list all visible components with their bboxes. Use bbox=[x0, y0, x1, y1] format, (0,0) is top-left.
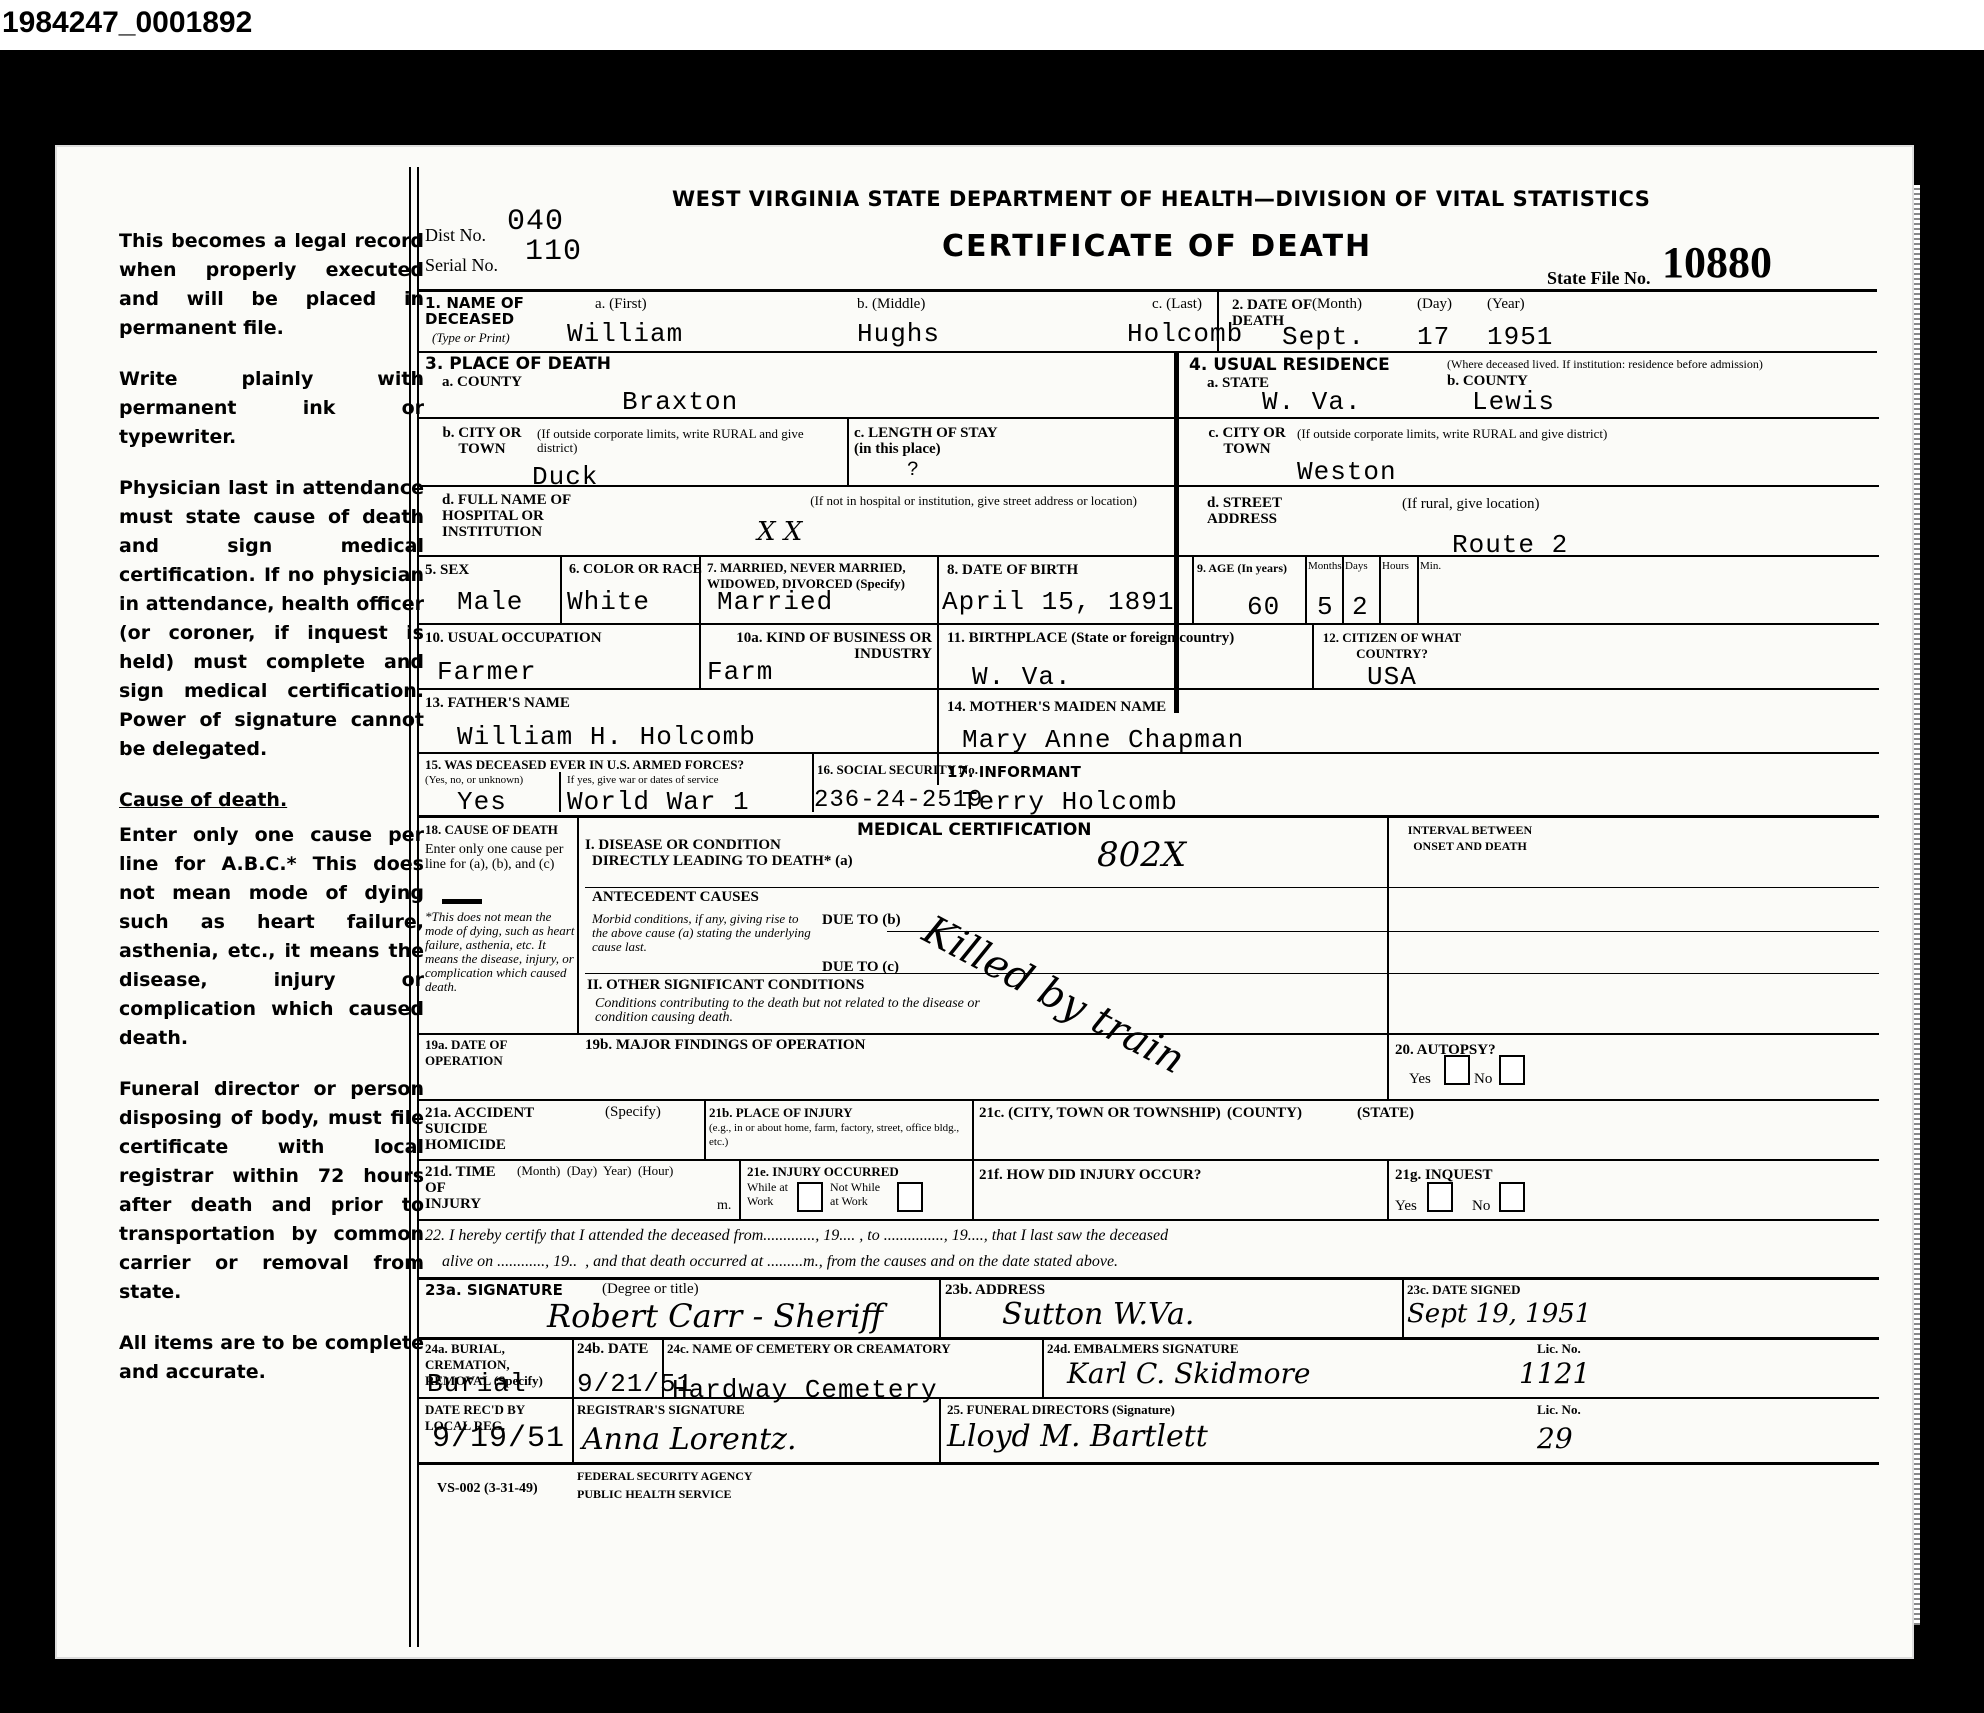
armed-forces-label: 15. WAS DECEASED EVER IN U.S. ARMED FORC… bbox=[425, 757, 744, 773]
serial-value: 110 bbox=[525, 235, 582, 269]
cause-of-death-heading: Cause of death. bbox=[119, 786, 424, 815]
race-value: White bbox=[567, 587, 650, 617]
dist-value: 040 bbox=[507, 205, 564, 239]
instruction-write-plainly: Write plainly with permanent ink or type… bbox=[119, 365, 424, 452]
interval-label: INTERVAL BETWEEN ONSET AND DEATH bbox=[1395, 822, 1545, 854]
cause-of-death-label: 18. CAUSE OF DEATH bbox=[425, 822, 558, 838]
state-file-label: State File No. bbox=[1547, 270, 1650, 286]
time-of-injury-m: m. bbox=[717, 1199, 731, 1213]
funeral-director-label: 25. FUNERAL DIRECTORS (Signature) bbox=[947, 1402, 1175, 1418]
death-day-label: (Day) bbox=[1417, 297, 1452, 311]
inquest-yes-checkbox[interactable] bbox=[1427, 1182, 1453, 1212]
sex-label: 5. SEX bbox=[425, 562, 469, 578]
death-city-label: b. CITY OR TOWN bbox=[442, 425, 522, 457]
death-city-note: (If outside corporate limits, write RURA… bbox=[537, 427, 817, 455]
place-of-death-label: 3. PLACE OF DEATH bbox=[425, 356, 611, 372]
residence-county-value: Lewis bbox=[1472, 387, 1555, 417]
instruction-cause: Enter only one cause per line for A.B.C.… bbox=[119, 821, 424, 1053]
length-of-stay-value: ? bbox=[907, 459, 920, 482]
cause-note-2: *This does not mean the mode of dying, s… bbox=[425, 910, 575, 994]
funeral-lic-value: 29 bbox=[1537, 1422, 1573, 1455]
hospital-value: X X bbox=[757, 517, 802, 547]
age-label: 9. AGE (In years) bbox=[1197, 560, 1287, 576]
hospital-label: d. FULL NAME OF HOSPITAL OR INSTITUTION bbox=[442, 492, 622, 540]
date-received-value: 9/19/51 bbox=[432, 1422, 565, 1456]
marital-value: Married bbox=[717, 587, 833, 617]
how-injury-label: 21f. HOW DID INJURY OCCUR? bbox=[979, 1167, 1201, 1183]
date-of-operation-label: 19a. DATE OF OPERATION bbox=[425, 1037, 565, 1069]
death-month-label: (Month) bbox=[1312, 297, 1362, 311]
informant-label: 17. INFORMANT bbox=[947, 764, 1081, 780]
instructions-sidebar: This becomes a legal record when properl… bbox=[119, 227, 424, 1409]
name-sub: (Type or Print) bbox=[432, 331, 510, 345]
father-name-label: 13. FATHER'S NAME bbox=[425, 695, 570, 711]
inquest-label: 21g. INQUEST bbox=[1395, 1167, 1493, 1183]
mother-name-value: Mary Anne Chapman bbox=[962, 725, 1244, 755]
length-of-stay-label: c. LENGTH OF STAY (in this place) bbox=[854, 425, 1014, 457]
last-name-label: c. (Last) bbox=[1152, 297, 1202, 311]
place-of-injury-note: (e.g., in or about home, farm, factory, … bbox=[709, 1121, 969, 1149]
date-of-birth-value: April 15, 1891 bbox=[942, 587, 1174, 617]
days-label: Days bbox=[1345, 559, 1368, 573]
other-conditions-label: II. OTHER SIGNIFICANT CONDITIONS bbox=[587, 977, 864, 993]
embalmer-lic-label: Lic. No. bbox=[1537, 1341, 1581, 1357]
while-at-work-label: While at Work bbox=[747, 1180, 797, 1208]
burial-date-label: 24b. DATE bbox=[577, 1341, 648, 1357]
death-year-label: (Year) bbox=[1487, 297, 1525, 311]
occupation-label: 10. USUAL OCCUPATION bbox=[425, 630, 602, 646]
instruction-physician: Physician last in attendance must state … bbox=[119, 474, 424, 764]
accident-specify: (Specify) bbox=[605, 1105, 661, 1119]
inquest-no-checkbox[interactable] bbox=[1499, 1182, 1525, 1212]
embalmer-label: 24d. EMBALMERS SIGNATURE bbox=[1047, 1341, 1239, 1357]
footer-agency-1: FEDERAL SECURITY AGENCY bbox=[577, 1469, 753, 1483]
due-to-b-label: DUE TO (b) bbox=[822, 912, 901, 928]
injury-county-label: (COUNTY) bbox=[1227, 1105, 1302, 1121]
street-address-note: (If rural, give location) bbox=[1402, 497, 1539, 511]
instruction-legal-record: This becomes a legal record when properl… bbox=[119, 227, 424, 343]
signature-label: 23a. SIGNATURE bbox=[425, 1282, 563, 1298]
death-month-value: Sept. bbox=[1282, 322, 1365, 352]
burial-value: Burial bbox=[427, 1369, 527, 1399]
certify-line-2: alive on ............, 19.. , and that d… bbox=[442, 1255, 1118, 1269]
degree-label: (Degree or title) bbox=[602, 1282, 699, 1296]
armed-forces-value: Yes bbox=[457, 787, 507, 817]
cause-note-1: Enter only one cause per line for (a), (… bbox=[425, 842, 575, 872]
death-year-value: 1951 bbox=[1487, 322, 1553, 352]
residence-city-label: c. CITY OR TOWN bbox=[1207, 425, 1287, 457]
signer-address-label: 23b. ADDRESS bbox=[945, 1282, 1045, 1298]
usual-residence-label: 4. USUAL RESIDENCE bbox=[1189, 357, 1390, 373]
time-of-injury-cols: (Month) (Day) Year) (Hour) bbox=[517, 1164, 673, 1178]
footer-agency-2: PUBLIC HEALTH SERVICE bbox=[577, 1487, 732, 1501]
antecedent-label: ANTECEDENT CAUSES bbox=[592, 889, 759, 905]
image-id-label: 1984247_0001892 bbox=[2, 6, 252, 40]
instruction-funeral-director: Funeral director or person disposing of … bbox=[119, 1075, 424, 1307]
first-name-label: a. (First) bbox=[595, 297, 647, 311]
inquest-no-label: No bbox=[1472, 1199, 1490, 1213]
mother-name-label: 14. MOTHER'S MAIDEN NAME bbox=[947, 699, 1166, 715]
father-name-value: William H. Holcomb bbox=[457, 722, 756, 752]
middle-name-label: b. (Middle) bbox=[857, 297, 925, 311]
instruction-complete: All items are to be complete and accurat… bbox=[119, 1329, 424, 1387]
death-day-value: 17 bbox=[1417, 322, 1450, 352]
cause-code-value: 802X bbox=[1097, 835, 1186, 875]
not-while-at-work-checkbox[interactable] bbox=[897, 1182, 923, 1212]
disease-label: I. DISEASE OR CONDITION bbox=[585, 837, 781, 853]
first-name-value: William bbox=[567, 319, 683, 349]
death-county-value: Braxton bbox=[622, 387, 738, 417]
social-security-value: 236-24-2519 bbox=[814, 787, 983, 814]
hospital-note: (If not in hospital or institution, give… bbox=[657, 494, 1137, 508]
last-name-value: Holcomb bbox=[1127, 319, 1243, 349]
age-value: 60 bbox=[1247, 592, 1280, 622]
armed-forces-sub1: (Yes, no, or unknown) bbox=[425, 773, 523, 787]
street-address-label: d. STREET ADDRESS bbox=[1207, 495, 1327, 527]
minutes-label: Min. bbox=[1420, 559, 1441, 573]
race-label: 6. COLOR OR RACE bbox=[569, 562, 702, 578]
autopsy-no-label: No bbox=[1474, 1072, 1492, 1086]
certificate-form: Dist No. 040 Serial No. 110 WEST VIRGINI… bbox=[417, 147, 1897, 1657]
name-label: 1. NAME OF DECEASED bbox=[425, 295, 565, 327]
signature-value: Robert Carr - Sheriff bbox=[547, 1297, 883, 1335]
certificate-title: CERTIFICATE OF DEATH bbox=[942, 229, 1372, 264]
occupation-value: Farmer bbox=[437, 657, 537, 687]
business-value: Farm bbox=[707, 657, 773, 687]
registrar-signature-label: REGISTRAR'S SIGNATURE bbox=[577, 1402, 745, 1418]
date-of-birth-label: 8. DATE OF BIRTH bbox=[947, 562, 1078, 578]
cemetery-label: 24c. NAME OF CEMETERY OR CREAMATORY bbox=[667, 1341, 951, 1357]
injury-state-label: (STATE) bbox=[1357, 1105, 1414, 1121]
other-conditions-note: Conditions contributing to the death but… bbox=[595, 997, 1015, 1025]
not-while-at-work-label: Not While at Work bbox=[830, 1180, 890, 1208]
birthplace-label: 11. BIRTHPLACE (State or foreign country… bbox=[947, 630, 1234, 646]
residence-state-label: a. STATE bbox=[1207, 375, 1269, 391]
death-city-value: Duck bbox=[532, 462, 598, 492]
funeral-director-value: Lloyd M. Bartlett bbox=[947, 1419, 1208, 1454]
registrar-signature-value: Anna Lorentz. bbox=[582, 1422, 797, 1457]
agency-title: WEST VIRGINIA STATE DEPARTMENT OF HEALTH… bbox=[672, 187, 1650, 211]
morbid-note: Morbid conditions, if any, giving rise t… bbox=[592, 912, 812, 954]
informant-value: Terry Holcomb bbox=[962, 787, 1178, 817]
residence-state-value: W. Va. bbox=[1262, 387, 1362, 417]
autopsy-yes-label: Yes bbox=[1409, 1072, 1431, 1086]
days-value: 2 bbox=[1352, 592, 1369, 622]
place-of-injury-label: 21b. PLACE OF INJURY bbox=[709, 1105, 853, 1121]
directly-leading-label: DIRECTLY LEADING TO DEATH* (a) bbox=[592, 853, 853, 869]
certify-line-1: 22. I hereby certify that I attended the… bbox=[425, 1229, 1168, 1243]
time-of-injury-label: 21d. TIME OF INJURY bbox=[425, 1164, 505, 1212]
signer-address-value: Sutton W.Va. bbox=[1002, 1297, 1194, 1332]
cemetery-value: Hardway Cemetery bbox=[672, 1375, 938, 1405]
serial-label: Serial No. bbox=[425, 257, 498, 273]
accident-label: 21a. ACCIDENT SUICIDE HOMICIDE bbox=[425, 1105, 535, 1153]
citizen-label: 12. CITIZEN OF WHAT COUNTRY? bbox=[1322, 630, 1462, 662]
injury-city-label: 21c. (CITY, TOWN OR TOWNSHIP) bbox=[979, 1105, 1221, 1121]
state-file-value: 10880 bbox=[1662, 237, 1772, 288]
embalmer-lic-value: 1121 bbox=[1519, 1357, 1590, 1390]
middle-name-value: Hughs bbox=[857, 319, 940, 349]
sex-value: Male bbox=[457, 587, 523, 617]
while-at-work-checkbox[interactable] bbox=[797, 1182, 823, 1212]
death-certificate: This becomes a legal record when properl… bbox=[55, 145, 1914, 1659]
medical-certification-heading: MEDICAL CERTIFICATION bbox=[857, 822, 1092, 838]
dist-label: Dist No. bbox=[425, 227, 486, 243]
usual-residence-note: (Where deceased lived. If institution: r… bbox=[1447, 357, 1857, 371]
residence-city-note: (If outside corporate limits, write RURA… bbox=[1297, 427, 1777, 441]
injury-occurred-label: 21e. INJURY OCCURRED bbox=[747, 1164, 899, 1180]
autopsy-yes-checkbox[interactable] bbox=[1444, 1055, 1470, 1085]
funeral-lic-label: Lic. No. bbox=[1537, 1402, 1581, 1418]
embalmer-value: Karl C. Skidmore bbox=[1067, 1357, 1310, 1390]
date-signed-label: 23c. DATE SIGNED bbox=[1407, 1282, 1521, 1298]
hours-label: Hours bbox=[1382, 559, 1409, 573]
inquest-yes-label: Yes bbox=[1395, 1199, 1417, 1213]
date-signed-value: Sept 19, 1951 bbox=[1407, 1299, 1591, 1329]
armed-forces-sub2: If yes, give war or dates of service bbox=[567, 773, 719, 787]
months-value: 5 bbox=[1317, 592, 1334, 622]
major-findings-label: 19b. MAJOR FINDINGS OF OPERATION bbox=[585, 1037, 865, 1053]
residence-city-value: Weston bbox=[1297, 457, 1397, 487]
death-county-label: a. COUNTY bbox=[442, 374, 522, 390]
war-service-value: World War 1 bbox=[567, 787, 750, 817]
form-number: VS-002 (3-31-49) bbox=[437, 1482, 538, 1496]
autopsy-no-checkbox[interactable] bbox=[1499, 1055, 1525, 1085]
